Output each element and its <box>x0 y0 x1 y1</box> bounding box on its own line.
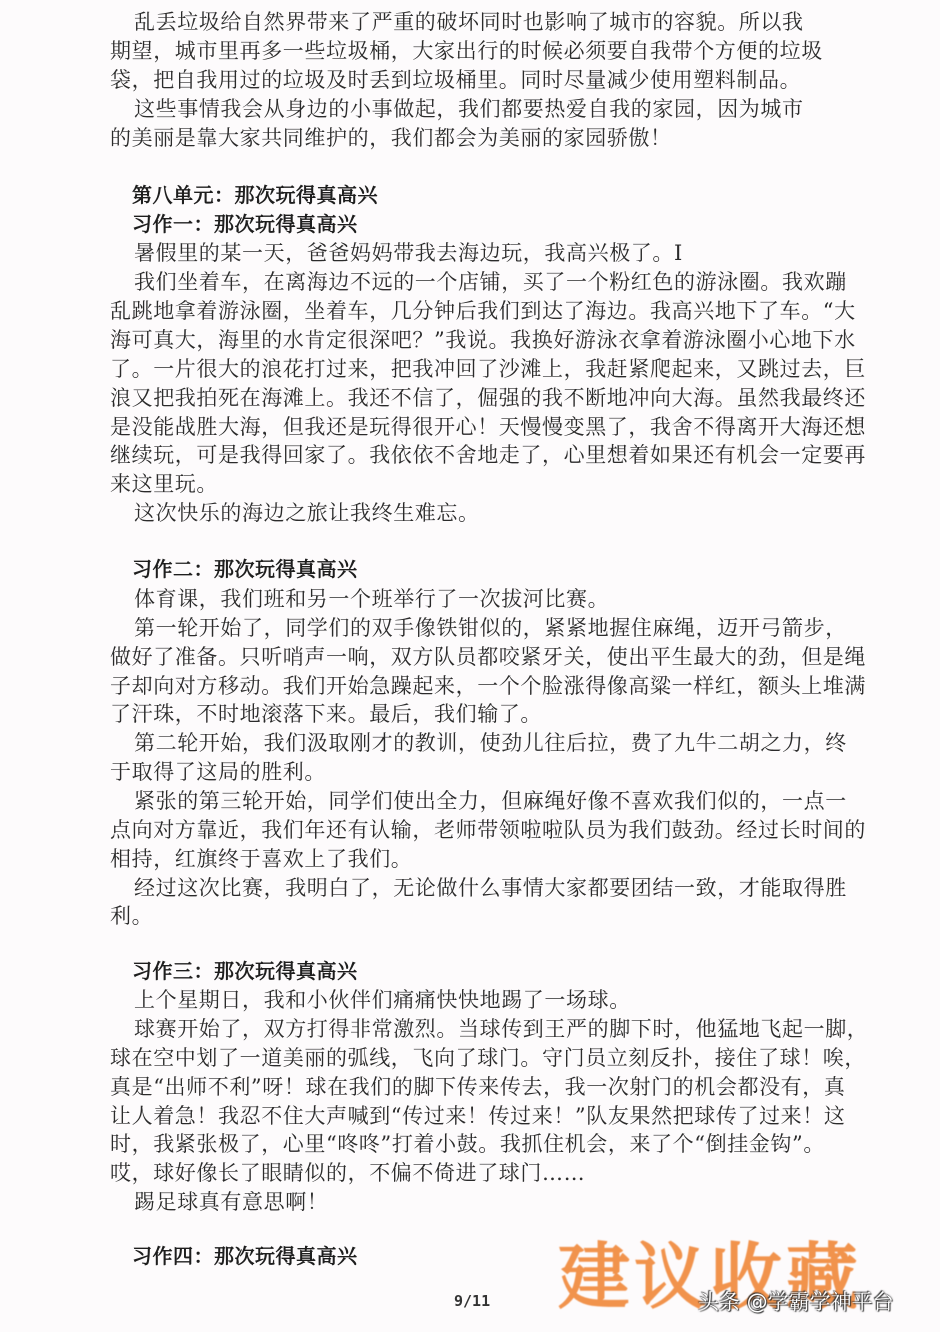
text-line: 上个星期日，我和小伙伴们痛痛快快地踢了一场球。 <box>134 986 874 1014</box>
text-line: 乱丢垃圾给自然界带来了严重的破坏同时也影响了城市的容貌。所以我 <box>134 8 874 36</box>
text-line: 我们坐着车，在离海边不远的一个店铺，买了一个粉红色的游泳圈。我欢蹦 <box>134 268 874 296</box>
text-line: 让人着急！我忍不住大声喊到“传过来！传过来！”队友果然把球传了过来！这 <box>110 1102 850 1130</box>
text-line: 来这里玩。 <box>110 470 850 498</box>
essay-2-title: 习作二：那次玩得真高兴 <box>132 556 358 582</box>
text-line: 期望，城市里再多一些垃圾桶，大家出行的时候必须要自我带个方便的垃圾 <box>110 37 850 65</box>
text-line: 这些事情我会从身边的小事做起，我们都要热爱自我的家园，因为城市 <box>134 95 874 123</box>
essay-4-title: 习作四：那次玩得真高兴 <box>132 1243 358 1269</box>
unit-title: 第八单元：那次玩得真高兴 <box>132 182 378 208</box>
text-line: 球赛开始了，双方打得非常激烈。当球传到王严的脚下时，他猛地飞起一脚， <box>134 1015 874 1043</box>
essay-1-title: 习作一：那次玩得真高兴 <box>132 211 358 237</box>
text-line: 利。 <box>110 902 850 930</box>
watermark: 头条 @学霸学神平台 <box>698 1286 894 1316</box>
text-line: 踢足球真有意思啊！ <box>134 1188 874 1216</box>
text-line: 了。一片很大的浪花打过来，把我冲回了沙滩上，我赶紧爬起来，又跳过去，巨 <box>110 355 850 383</box>
text-line: 时，我紧张极了，心里“咚咚”打着小鼓。我抓住机会，来了个“倒挂金钩”。 <box>110 1130 850 1158</box>
essay-3-title: 习作三：那次玩得真高兴 <box>132 958 358 984</box>
text-line: 这次快乐的海边之旅让我终生难忘。 <box>134 499 874 527</box>
text-line: 子却向对方移动。我们开始急躁起来，一个个脸涨得像高粱一样红，额头上堆满 <box>110 672 850 700</box>
text-line: 第二轮开始，我们汲取刚才的教训，使劲儿往后拉，费了九牛二胡之力，终 <box>134 729 874 757</box>
text-line: 真是“出师不利”呀！球在我们的脚下传来传去，我一次射门的机会都没有，真 <box>110 1073 850 1101</box>
text-line: 暑假里的某一天，爸爸妈妈带我去海边玩，我高兴极了。I <box>134 239 874 267</box>
text-line: 海可真大，海里的水肯定很深吧？”我说。我换好游泳衣拿着游泳圈小心地下水 <box>110 326 850 354</box>
text-line: 做好了准备。只听哨声一响，双方队员都咬紧牙关，使出平生最大的劲，但是绳 <box>110 643 850 671</box>
text-line: 第一轮开始了，同学们的双手像铁钳似的，紧紧地握住麻绳，迈开弓箭步， <box>134 614 874 642</box>
text-line: 袋，把自我用过的垃圾及时丢到垃圾桶里。同时尽量减少使用塑料制品。 <box>110 66 850 94</box>
text-line: 球在空中划了一道美丽的弧线，飞向了球门。守门员立刻反扑，接住了球！唉， <box>110 1044 850 1072</box>
text-line: 经过这次比赛，我明白了，无论做什么事情大家都要团结一致，才能取得胜 <box>134 874 874 902</box>
text-line: 体育课，我们班和另一个班举行了一次拔河比赛。 <box>134 585 874 613</box>
document-page: 乱丢垃圾给自然界带来了严重的破坏同时也影响了城市的容貌。所以我 期望，城市里再多… <box>0 0 940 1332</box>
text-line: 紧张的第三轮开始，同学们使出全力，但麻绳好像不喜欢我们似的，一点一 <box>134 787 874 815</box>
page-number: 9/11 <box>454 1292 490 1310</box>
text-line: 于取得了这局的胜利。 <box>110 758 850 786</box>
text-line: 继续玩，可是我得回家了。我依依不舍地走了，心里想着如果还有机会一定要再 <box>110 441 850 469</box>
text-line: 是没能战胜大海，但我还是玩得很开心！天慢慢变黑了，我舍不得离开大海还想 <box>110 413 850 441</box>
text-line: 相持，红旗终于喜欢上了我们。 <box>110 845 850 873</box>
text-line: 乱跳地拿着游泳圈，坐着车，几分钟后我们到达了海边。我高兴地下了车。“大 <box>110 297 850 325</box>
text-line: 点向对方靠近，我们年还有认输，老师带领啦啦队员为我们鼓劲。经过长时间的 <box>110 816 850 844</box>
text-line: 了汗珠，不时地滚落下来。最后，我们输了。 <box>110 700 850 728</box>
text-line: 哎，球好像长了眼睛似的，不偏不倚进了球门…… <box>110 1159 850 1187</box>
text-line: 的美丽是靠大家共同维护的，我们都会为美丽的家园骄傲！ <box>110 124 850 152</box>
text-line: 浪又把我拍死在海滩上。我还不信了，倔强的我不断地冲向大海。虽然我最终还 <box>110 384 850 412</box>
